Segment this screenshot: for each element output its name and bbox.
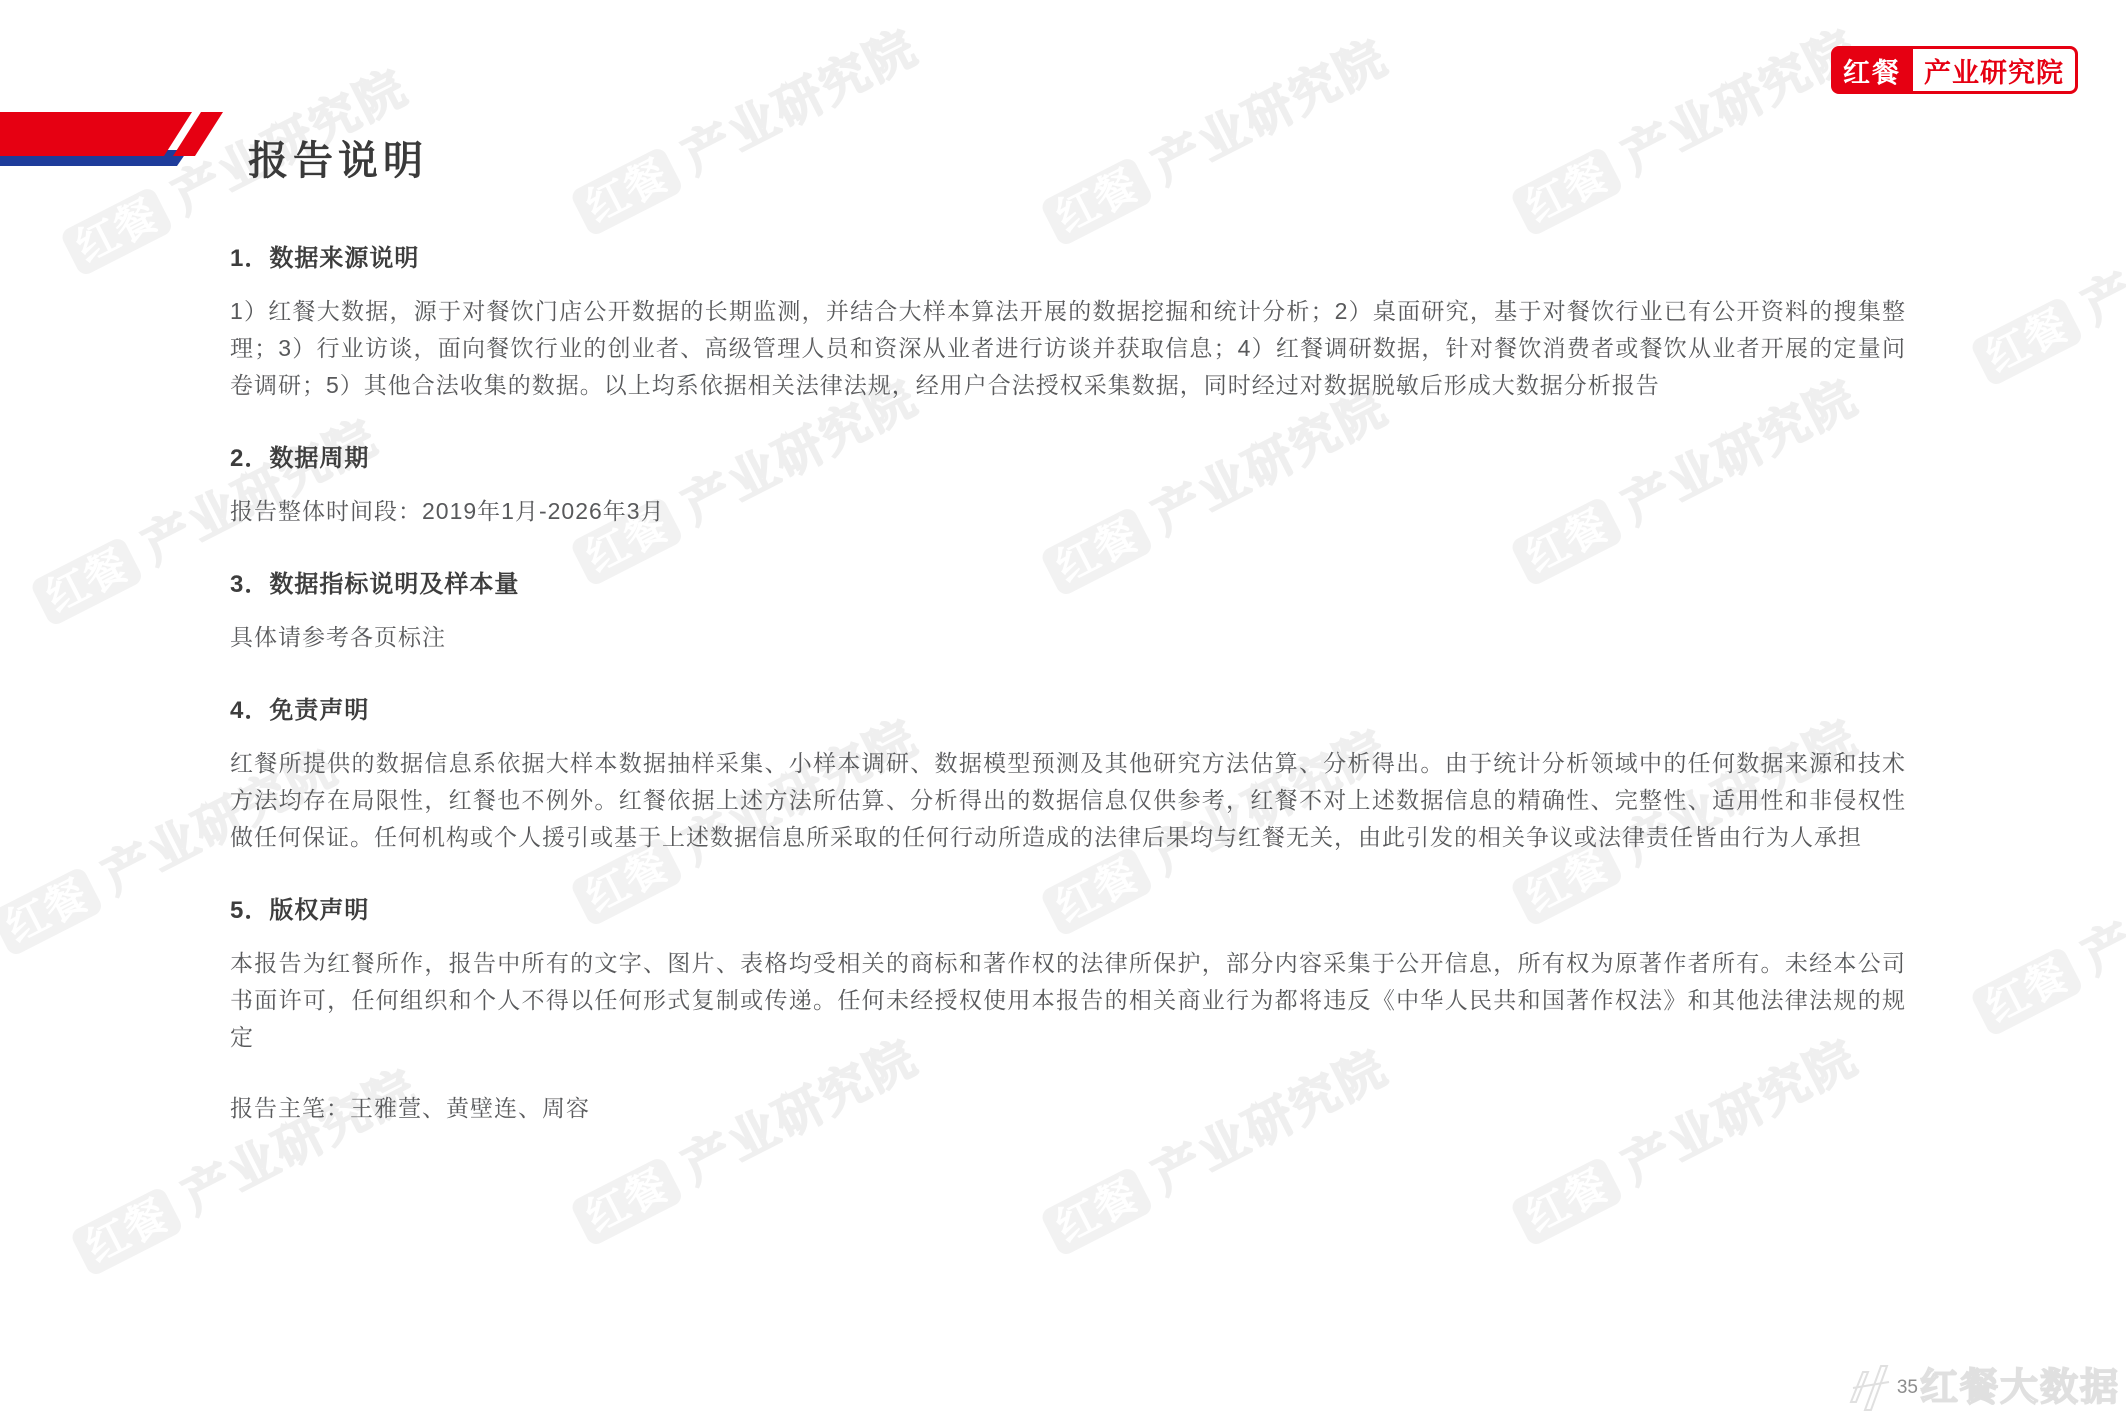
section-body: 1）红餐大数据，源于对餐饮门店公开数据的长期监测，并结合大样本算法开展的数据挖掘… bbox=[230, 293, 1906, 404]
watermark: 红餐产业研究院 bbox=[1969, 823, 2126, 1038]
watermark-badge: 红餐 bbox=[29, 536, 144, 628]
watermark-badge: 红餐 bbox=[569, 146, 684, 238]
section-body: 具体请参考各页标注 bbox=[230, 619, 1906, 656]
watermark: 红餐产业研究院 bbox=[569, 23, 926, 238]
watermark-text: 产业研究院 bbox=[2076, 173, 2126, 332]
section-data-source: 1．数据来源说明 1）红餐大数据，源于对餐饮门店公开数据的长期监测，并结合大样本… bbox=[230, 238, 1906, 404]
page-number: 35 bbox=[1897, 1377, 1918, 1399]
watermark-badge: 红餐 bbox=[1039, 1166, 1154, 1258]
section-heading: 5．版权声明 bbox=[230, 890, 1906, 925]
watermark-text: 产业研究院 bbox=[2076, 823, 2126, 982]
watermark-badge: 红餐 bbox=[0, 866, 104, 958]
section-heading: 2．数据周期 bbox=[230, 438, 1906, 473]
brand-logo-text: 产业研究院 bbox=[1913, 46, 2078, 94]
watermark-badge: 红餐 bbox=[1969, 296, 2084, 388]
watermark-text: 产业研究院 bbox=[1616, 23, 1865, 182]
brand-logo-badge: 红餐 bbox=[1831, 46, 1913, 94]
watermark-badge: 红餐 bbox=[59, 186, 174, 278]
section-body: 报告整体时间段：2019年1月-2026年3月 bbox=[230, 493, 1906, 530]
watermark: 红餐产业研究院 bbox=[1969, 173, 2126, 388]
section-indicators-sample: 3．数据指标说明及样本量 具体请参考各页标注 bbox=[230, 564, 1906, 656]
footer-brand-watermark: 红餐大数据 bbox=[1920, 1369, 2120, 1407]
watermark-badge: 红餐 bbox=[569, 1156, 684, 1248]
section-body: 本报告为红餐所作，报告中所有的文字、图片、表格均受相关的商标和著作权的法律所保护… bbox=[230, 945, 1906, 1056]
watermark-badge: 红餐 bbox=[1509, 146, 1624, 238]
author-line: 报告主笔：王雅萱、黄壁连、周容 bbox=[230, 1090, 1906, 1127]
watermark-badge: 红餐 bbox=[1039, 156, 1154, 248]
section-heading: 1．数据来源说明 bbox=[230, 238, 1906, 273]
section-heading: 3．数据指标说明及样本量 bbox=[230, 564, 1906, 599]
section-heading: 4．免责声明 bbox=[230, 690, 1906, 725]
watermark-badge: 红餐 bbox=[69, 1186, 184, 1278]
watermark-badge: 红餐 bbox=[1969, 946, 2084, 1038]
section-body: 红餐所提供的数据信息系依据大样本数据抽样采集、小样本调研、数据模型预测及其他研究… bbox=[230, 745, 1906, 856]
section-copyright: 5．版权声明 本报告为红餐所作，报告中所有的文字、图片、表格均受相关的商标和著作… bbox=[230, 890, 1906, 1056]
watermark-text: 产业研究院 bbox=[1146, 33, 1395, 192]
brand-logo: 红餐 产业研究院 bbox=[1831, 46, 2078, 94]
watermark-badge: 红餐 bbox=[1509, 1156, 1624, 1248]
section-disclaimer: 4．免责声明 红餐所提供的数据信息系依据大样本数据抽样采集、小样本调研、数据模型… bbox=[230, 690, 1906, 856]
watermark: 红餐产业研究院 bbox=[1509, 23, 1866, 238]
page-title: 报告说明 bbox=[248, 129, 428, 186]
watermark: 红餐产业研究院 bbox=[1039, 33, 1396, 248]
section-data-period: 2．数据周期 报告整体时间段：2019年1月-2026年3月 bbox=[230, 438, 1906, 530]
report-notes: 1．数据来源说明 1）红餐大数据，源于对餐饮门店公开数据的长期监测，并结合大样本… bbox=[230, 238, 1906, 1127]
watermark-text: 产业研究院 bbox=[676, 23, 925, 182]
footer: 35 红餐大数据 bbox=[1843, 1362, 2120, 1414]
